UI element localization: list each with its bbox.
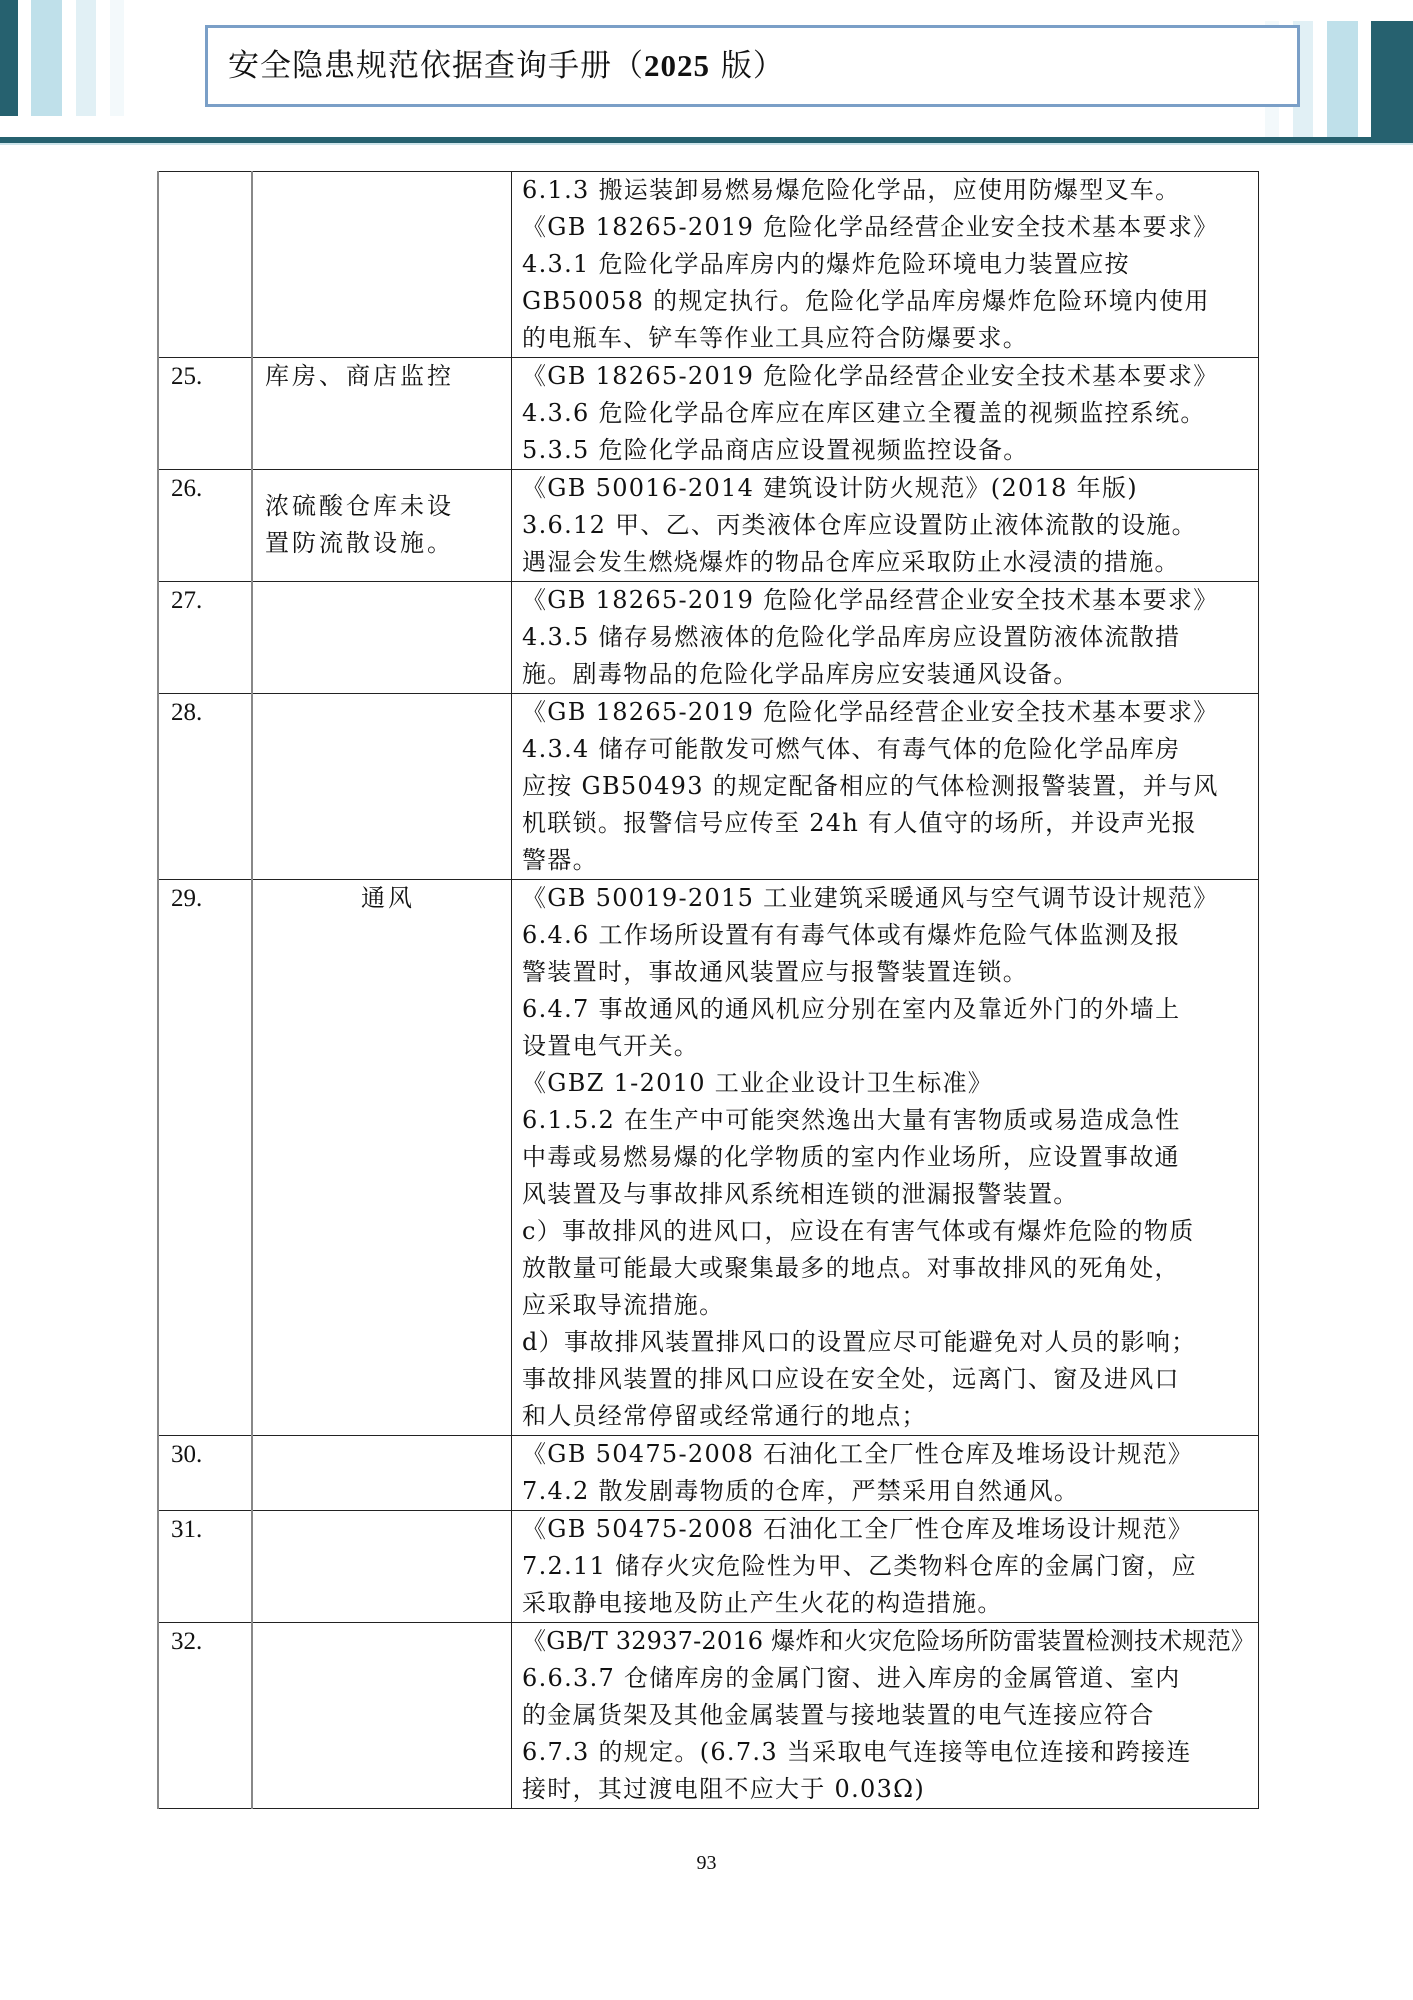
table-row: 30. 《GB 50475-2008 石油化工全厂性仓库及堆场设计规范》 7.4… [158,1436,1259,1511]
hazard-item [252,1623,512,1809]
regulation-basis: 6.1.3 搬运装卸易燃易爆危险化学品，应使用防爆型叉车。 《GB 18265-… [512,172,1259,358]
header-stripe [0,0,18,116]
header-stripe [1371,21,1413,141]
table-row: 26. 浓硫酸仓库未设 置防流散设施。 《GB 50016-2014 建筑设计防… [158,470,1259,582]
row-number: 27. [158,582,252,694]
hazard-item [252,694,512,880]
regulation-basis: 《GB 50016-2014 建筑设计防火规范》(2018 年版) 3.6.12… [512,470,1259,582]
row-number: 26. [158,470,252,582]
hazard-item [252,1511,512,1623]
regulation-basis: 《GB/T 32937-2016 爆炸和火灾危险场所防雷装置检测技术规范》 6.… [512,1623,1259,1809]
table-row: 27. 《GB 18265-2019 危险化学品经营企业安全技术基本要求》 4.… [158,582,1259,694]
row-number [158,172,252,358]
regulation-basis: 《GB 50019-2015 工业建筑采暖通风与空气调节设计规范》 6.4.6 … [512,880,1259,1436]
header-rule-light [0,143,1413,145]
document-title: 安全隐患规范依据查询手册（2025 版） [228,40,785,85]
row-number: 31. [158,1511,252,1623]
header-stripe [76,0,96,116]
header-stripe [110,0,124,116]
hazard-item: 库房、商店监控 [252,358,512,470]
hazard-item [252,172,512,358]
header-stripe [1327,21,1358,137]
regulation-basis: 《GB 18265-2019 危险化学品经营企业安全技术基本要求》 4.3.6 … [512,358,1259,470]
table-row: 29. 通风 《GB 50019-2015 工业建筑采暖通风与空气调节设计规范》… [158,880,1259,1436]
hazard-item [252,1436,512,1511]
regulation-basis: 《GB 18265-2019 危险化学品经营企业安全技术基本要求》 4.3.5 … [512,582,1259,694]
row-number: 28. [158,694,252,880]
regulation-basis: 《GB 50475-2008 石油化工全厂性仓库及堆场设计规范》 7.4.2 散… [512,1436,1259,1511]
table-row: 31. 《GB 50475-2008 石油化工全厂性仓库及堆场设计规范》 7.2… [158,1511,1259,1623]
row-number: 29. [158,880,252,1436]
row-number: 25. [158,358,252,470]
page-number: 93 [0,1852,1413,1875]
table-row: 6.1.3 搬运装卸易燃易爆危险化学品，应使用防爆型叉车。 《GB 18265-… [158,172,1259,358]
table-row: 28. 《GB 18265-2019 危险化学品经营企业安全技术基本要求》 4.… [158,694,1259,880]
document-title-box: 安全隐患规范依据查询手册（2025 版） [205,25,1300,107]
hazard-item: 通风 [252,880,512,1436]
header-stripe [31,0,62,116]
hazard-item: 浓硫酸仓库未设 置防流散设施。 [252,470,512,582]
row-number: 30. [158,1436,252,1511]
row-number: 32. [158,1623,252,1809]
table-row: 25. 库房、商店监控 《GB 18265-2019 危险化学品经营企业安全技术… [158,358,1259,470]
table-row: 32. 《GB/T 32937-2016 爆炸和火灾危险场所防雷装置检测技术规范… [158,1623,1259,1809]
regulation-basis: 《GB 18265-2019 危险化学品经营企业安全技术基本要求》 4.3.4 … [512,694,1259,880]
hazard-item [252,582,512,694]
regulation-basis: 《GB 50475-2008 石油化工全厂性仓库及堆场设计规范》 7.2.11 … [512,1511,1259,1623]
regulation-table: 6.1.3 搬运装卸易燃易爆危险化学品，应使用防爆型叉车。 《GB 18265-… [157,171,1259,1809]
